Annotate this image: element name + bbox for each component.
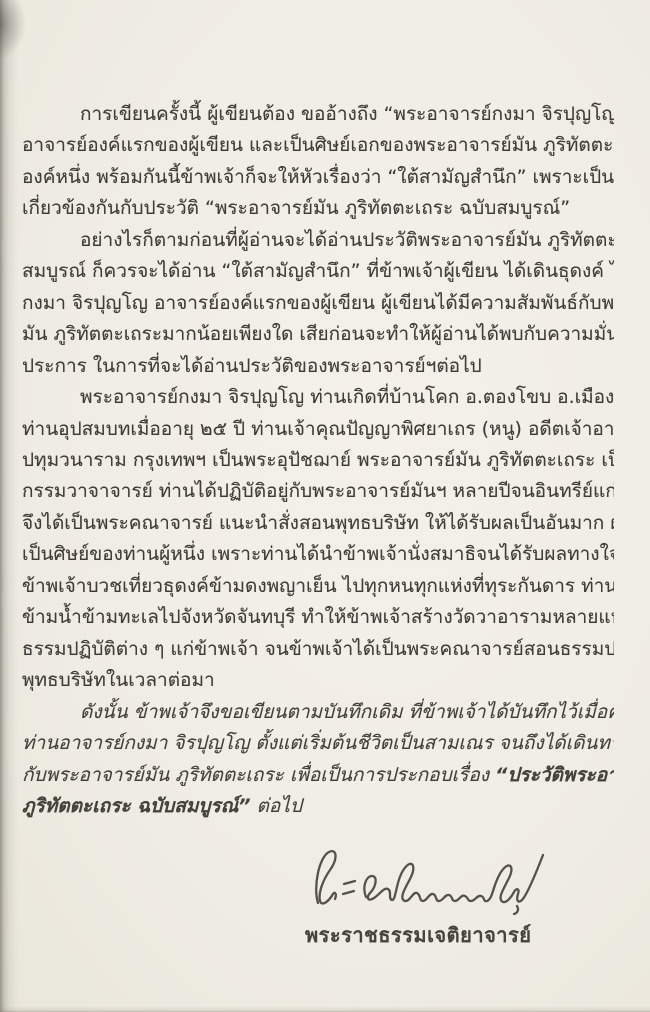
- text-line: พระอาจารย์กงมา จิรปุญโญ ท่านเกิดที่บ้านโ…: [22, 382, 614, 413]
- text-line: การเขียนครั้งนี้ ผู้เขียนต้อง ขออ้างถึง …: [22, 99, 614, 130]
- text-line: มัน ภูริทัตตะเถระมากน้อยเพียงใด เสียก่อน…: [22, 319, 614, 350]
- scanned-book-page: การเขียนครั้งนี้ ผู้เขียนต้อง ขออ้างถึง …: [0, 0, 650, 1012]
- emphasized-title: ภูริทัตตะเถระ ฉบับสมบูรณ์”: [22, 795, 250, 817]
- paragraph-2: อย่างไรก็ตามก่อนที่ผู้อ่านจะได้อ่านประวั…: [22, 225, 614, 382]
- text-line: กับพระอาจารย์มัน ภูริทัตตะเถระ เพื่อเป็น…: [22, 760, 614, 791]
- handwritten-signature-icon: [298, 843, 548, 915]
- text-line: จึงได้เป็นพระคณาจารย์ แนะนำสั่งสอนพุทธบร…: [22, 508, 614, 539]
- signatory-printed-name: พระราชธรรมเจติยาจารย์: [305, 919, 515, 951]
- paragraph-1: การเขียนครั้งนี้ ผู้เขียนต้อง ขออ้างถึง …: [22, 99, 614, 225]
- text-run: กับพระอาจารย์มัน ภูริทัตตะเถระ เพื่อเป็น…: [22, 764, 495, 786]
- text-line: องค์หนึ่ง พร้อมกันนี้ข้าพเจ้าก็จะให้หัวเ…: [22, 162, 614, 193]
- text-line: ท่านอุปสมบทเมื่ออายุ ๒๕ ปี ท่านเจ้าคุณปั…: [22, 414, 614, 445]
- text-line: ข้ามน้ำข้ามทะเลไปจังหวัดจันทบุรี ทำให้ข้…: [22, 602, 614, 633]
- text-line: ธรรมปฏิบัติต่าง ๆ แก่ข้าพเจ้า จนข้าพเจ้า…: [22, 634, 614, 665]
- text-line: ภูริทัตตะเถระ ฉบับสมบูรณ์” ต่อไป: [22, 791, 614, 822]
- text-line: อาจารย์องค์แรกของผู้เขียน และเป็นศิษย์เอ…: [22, 130, 614, 161]
- closing-paragraph: ดังนั้น ข้าพเจ้าจึงขอเขียนตามบันทึกเดิม …: [22, 697, 614, 823]
- page-corner-shadow: [0, 0, 26, 60]
- emphasized-title: “ประวัติพระอาจารย์มั่น: [495, 764, 614, 786]
- text-line: เป็นศิษย์ของท่านผู้หนึ่ง เพราะท่านได้นำข…: [22, 539, 614, 570]
- text-line: เกี่ยวข้องกันกับประวัติ “พระอาจารย์มัน ภ…: [22, 193, 614, 224]
- text-line: ข้าพเจ้าบวชเที่ยวธุดงค์ข้ามดงพญาเย็น ไปท…: [22, 571, 614, 602]
- signature-block: [298, 843, 548, 915]
- text-line: อย่างไรก็ตามก่อนที่ผู้อ่านจะได้อ่านประวั…: [22, 225, 614, 256]
- body-text: การเขียนครั้งนี้ ผู้เขียนต้อง ขออ้างถึง …: [22, 99, 614, 822]
- text-line: ดังนั้น ข้าพเจ้าจึงขอเขียนตามบันทึกเดิม …: [22, 697, 614, 728]
- text-line: พุทธบริษัทในเวลาต่อมา: [22, 665, 614, 696]
- text-line: กงมา จิรปุญโญ อาจารย์องค์แรกของผู้เขียน …: [22, 288, 614, 319]
- text-line: ประการ ในการที่จะได้อ่านประวัติของพระอาจ…: [22, 351, 614, 382]
- text-line: ท่านอาจารย์กงมา จิรปุญโญ ตั้งแต่เริ่มต้น…: [22, 728, 614, 759]
- text-run: ต่อไป: [250, 795, 301, 817]
- text-line: ปทุมวนาราม กรุงเทพฯ เป็นพระอุปัชฌาย์ พระ…: [22, 445, 614, 476]
- text-line: กรรมวาจาจารย์ ท่านได้ปฏิบัติอยู่กับพระอา…: [22, 476, 614, 507]
- text-line: สมบูรณ์ ก็ควรจะได้อ่าน “ใต้สามัญสำนึก” ท…: [22, 256, 614, 287]
- paragraph-3: พระอาจารย์กงมา จิรปุญโญ ท่านเกิดที่บ้านโ…: [22, 382, 614, 697]
- page-bottom-edge-shadow: [0, 1006, 650, 1012]
- page-left-edge-shadow: [0, 0, 18, 1012]
